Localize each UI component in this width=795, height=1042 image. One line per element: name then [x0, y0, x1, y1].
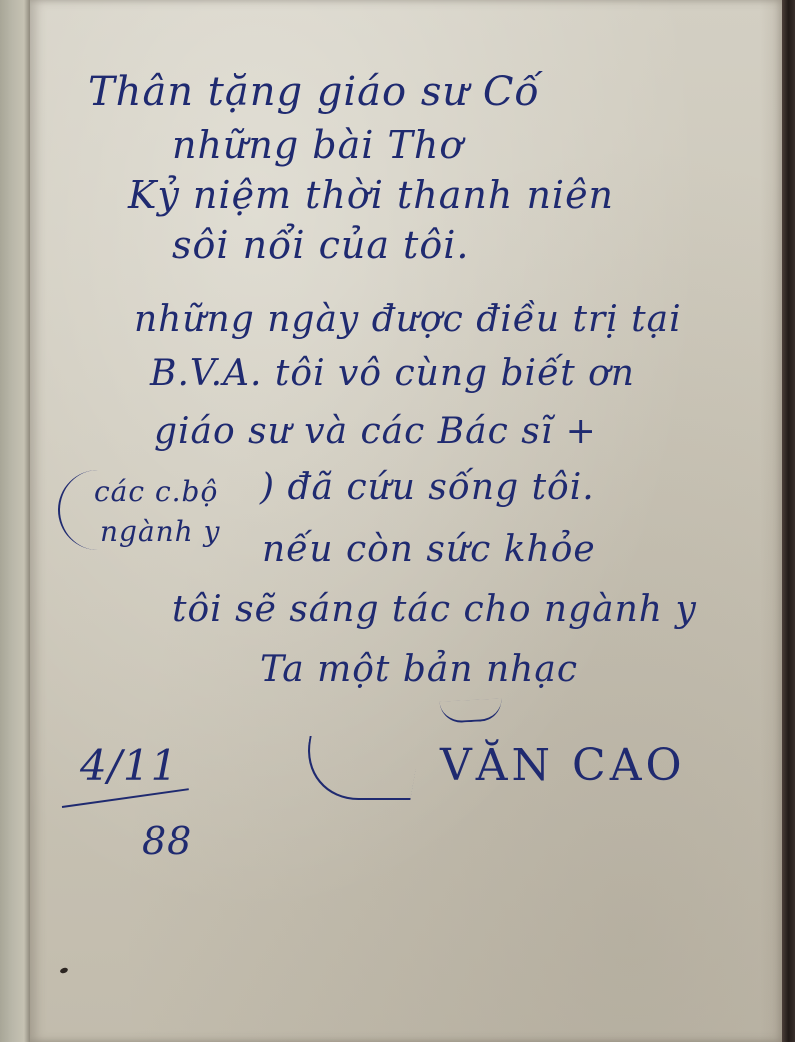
note-line-1: Thân tặng giáo sư Cố	[88, 72, 540, 112]
note-line-8-continuation: ) đã cứu sống tôi.	[260, 470, 595, 506]
parenthetical-text-1: các c.bộ	[94, 478, 218, 506]
note-line-10: tôi sẽ sáng tác cho ngành y	[172, 592, 697, 628]
book-binding	[782, 0, 795, 1042]
date-day-month: 4/11	[80, 745, 178, 787]
handwritten-note-photo: Thân tặng giáo sư Cố những bài Thơ Kỷ ni…	[0, 0, 795, 1042]
note-line-7: giáo sư và các Bác sĩ +	[154, 414, 597, 450]
date-year: 88	[142, 822, 192, 860]
note-line-9: nếu còn sức khỏe	[262, 532, 596, 568]
page-edge-shadow	[760, 0, 782, 1042]
note-line-6: B.V.A. tôi vô cùng biết ơn	[150, 356, 635, 392]
parenthetical-text-2: ngành y	[100, 518, 220, 546]
note-line-11: Ta một bản nhạc	[260, 652, 578, 688]
note-line-2: những bài Thơ	[172, 126, 463, 164]
note-line-3: Kỷ niệm thời thanh niên	[128, 176, 614, 214]
signature: VĂN CAO	[440, 744, 686, 788]
note-line-4: sôi nổi của tôi.	[172, 226, 469, 264]
note-line-5: những ngày được điều trị tại	[134, 302, 682, 338]
book-gutter	[0, 0, 30, 1042]
